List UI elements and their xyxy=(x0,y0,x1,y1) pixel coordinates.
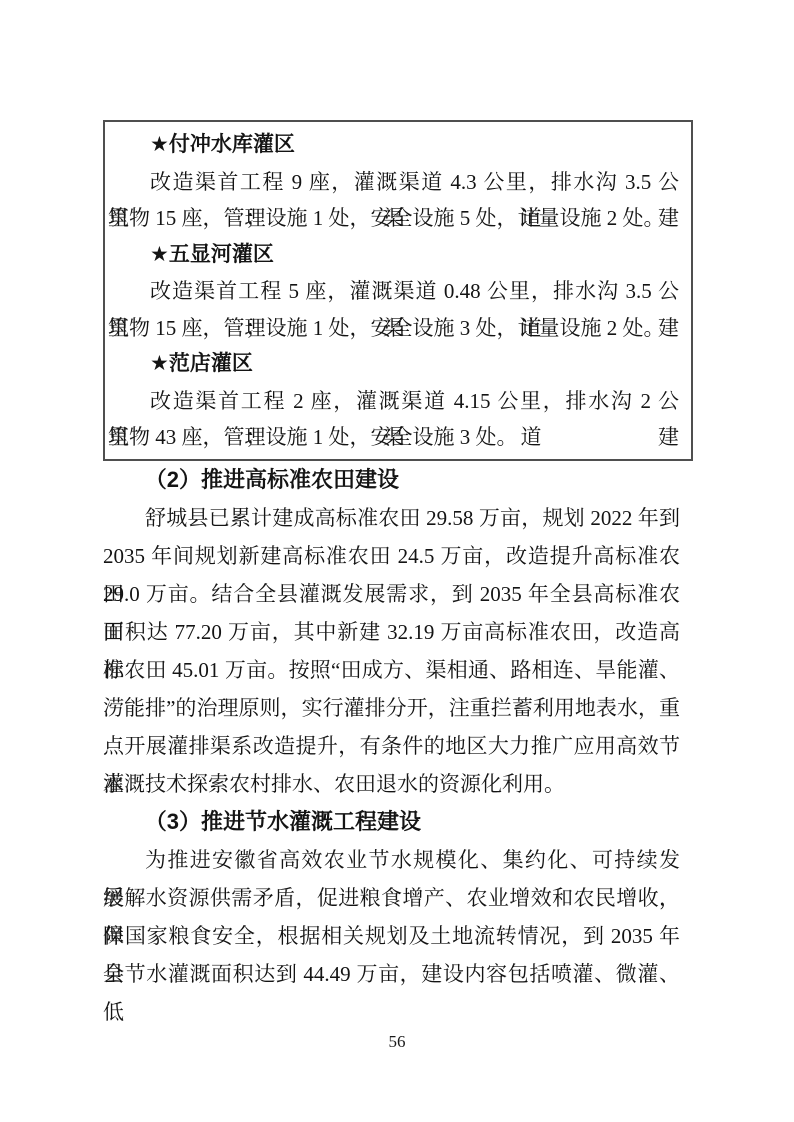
district-text-line: 筑物 15 座，管理设施 1 处，安全设施 5 处，计量设施 2 处。 xyxy=(108,200,679,237)
document-page: { "page": { "number": "56" }, "info_box"… xyxy=(0,0,794,1122)
district-text-line: 改造渠首工程 5 座，灌溉渠道 0.48 公里，排水沟 3.5 公里；渠道建 xyxy=(108,273,679,310)
paragraph-line: 灌溉技术探索农村排水、农田退水的资源化利用。 xyxy=(103,765,680,803)
page-content: ★付冲水库灌区 改造渠首工程 9 座，灌溉渠道 4.3 公里，排水沟 3.5 公… xyxy=(103,120,693,993)
paragraph-line: 障国家粮食安全，根据相关规划及土地流转情况，到 2035 年全 xyxy=(103,917,680,955)
section-heading-water-saving: （3）推进节水灌溉工程建设 xyxy=(103,803,680,841)
district-text-line: 筑物 15 座，管理设施 1 处，安全设施 3 处，计量设施 2 处。 xyxy=(108,310,679,347)
paragraph-line: 县节水灌溉面积达到 44.49 万亩，建设内容包括喷灌、微灌、低 xyxy=(103,955,680,993)
paragraph-line: 涝能排”的治理原则，实行灌排分开，注重拦蓄利用地表水，重 xyxy=(103,689,680,727)
paragraph-line: 2035 年间规划新建高标准农田 24.5 万亩，改造提升高标准农田 xyxy=(103,537,680,575)
paragraph-line: 点开展灌排渠系改造提升，有条件的地区大力推广应用高效节水 xyxy=(103,727,680,765)
page-number: 56 xyxy=(0,1032,794,1052)
irrigation-districts-box: ★付冲水库灌区 改造渠首工程 9 座，灌溉渠道 4.3 公里，排水沟 3.5 公… xyxy=(103,120,693,461)
paragraph-line: 缓解水资源供需矛盾，促进粮食增产、农业增效和农民增收，保 xyxy=(103,879,680,917)
paragraph-line: 舒城县已累计建成高标准农田 29.58 万亩，规划 2022 年到 xyxy=(103,499,680,537)
paragraph-line: 29.0 万亩。结合全县灌溉发展需求，到 2035 年全县高标准农田 xyxy=(103,575,680,613)
district-text-line: 改造渠首工程 9 座，灌溉渠道 4.3 公里，排水沟 3.5 公里；渠道建 xyxy=(108,164,679,201)
district-heading-wuxianhe: ★五显河灌区 xyxy=(108,237,679,274)
district-text-line: 改造渠首工程 2 座，灌溉渠道 4.15 公里，排水沟 2 公里；渠道建 xyxy=(108,383,679,420)
paragraph-line: 面积达 77.20 万亩，其中新建 32.19 万亩高标准农田，改造高标 xyxy=(103,613,680,651)
paragraph-line: 为推进安徽省高效农业节水规模化、集约化、可持续发展， xyxy=(103,841,680,879)
paragraph-line: 准农田 45.01 万亩。按照“田成方、渠相通、路相连、旱能灌、 xyxy=(103,651,680,689)
district-heading-fandian: ★范店灌区 xyxy=(108,346,679,383)
section-heading-farmland: （2）推进高标准农田建设 xyxy=(103,461,680,499)
district-heading-fuchong: ★付冲水库灌区 xyxy=(108,127,679,164)
